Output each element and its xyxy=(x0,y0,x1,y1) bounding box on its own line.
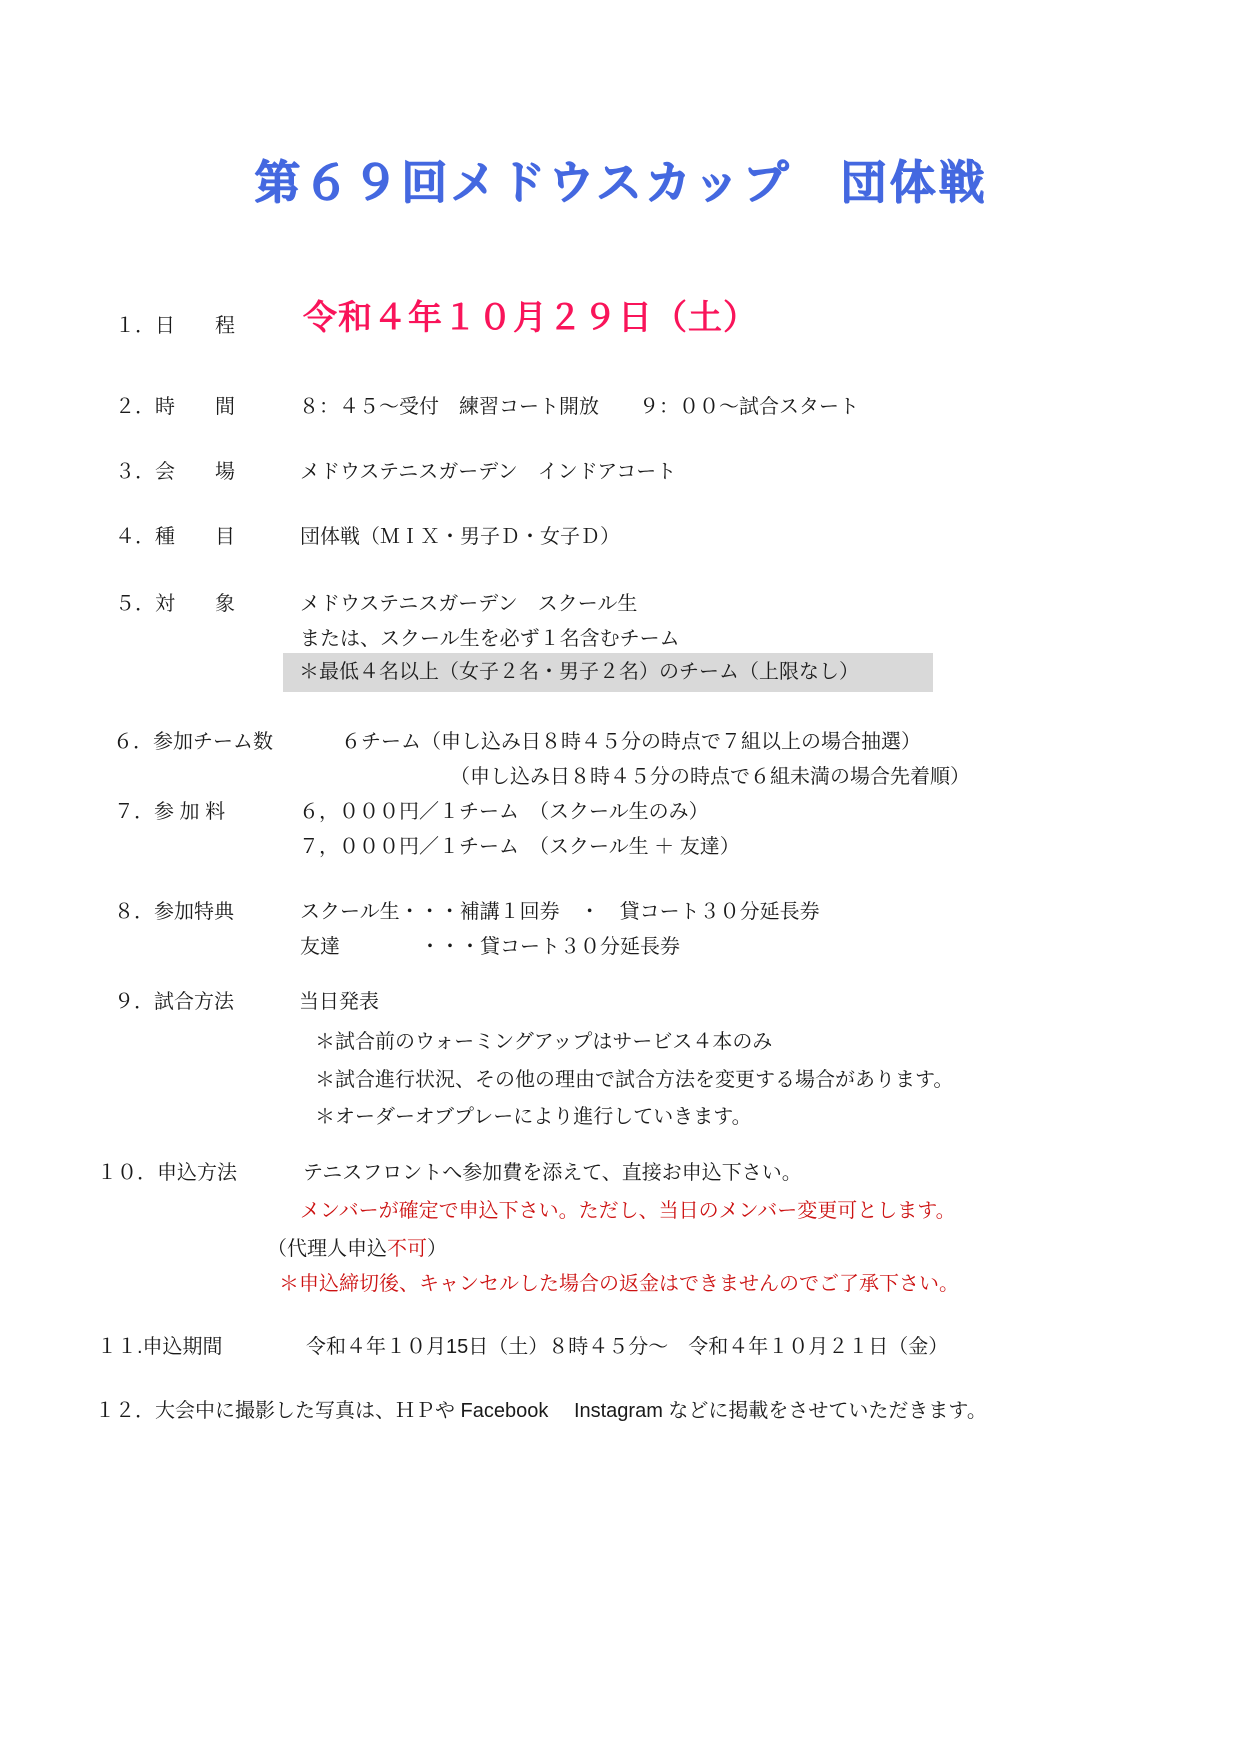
eligibility-line1: メドウステニスガーデン スクール生 xyxy=(300,591,637,617)
time-label: ２．時 間 xyxy=(115,394,235,420)
event-type-value: 団体戦（ＭＩＸ・男子Ｄ・女子Ｄ） xyxy=(300,524,620,550)
schedule-label: １．日 程 xyxy=(115,313,235,339)
match-format-label: ９．試合方法 xyxy=(114,989,234,1015)
application-warning1: メンバーが確定で申込下さい。ただし、当日のメンバー変更可とします。 xyxy=(300,1198,956,1224)
document-page: 第６９回メドウスカップ 団体戦 １．日 程 令和４年１０月２９日（土） ２．時 … xyxy=(0,0,1241,1755)
eligibility-highlight-note: ＊最低４名以上（女子２名・男子２名）のチーム（上限なし） xyxy=(283,653,933,692)
fee-label: ７．参 加 料 xyxy=(114,799,225,825)
period-label: １１.申込期間 xyxy=(97,1334,223,1360)
application-label: １０．申込方法 xyxy=(97,1160,237,1186)
match-format-note2: ＊試合進行状況、その他の理由で試合方法を変更する場合があります。 xyxy=(315,1067,953,1093)
application-warning2: ＊申込締切後、キャンセルした場合の返金はできませんのでご了承下さい。 xyxy=(279,1271,959,1297)
fee-line1: ６，０００円／１チーム （スクール生のみ） xyxy=(299,799,709,825)
venue-value: メドウステニスガーデン インドアコート xyxy=(300,459,676,485)
team-count-line1: ６チーム（申し込み日８時４５分の時点で７組以上の場合抽選） xyxy=(341,729,921,755)
schedule-date: 令和４年１０月２９日（土） xyxy=(303,296,758,340)
application-proxy-ng: 不可 xyxy=(387,1238,427,1260)
match-format-note1: ＊試合前のウォーミングアップはサービス４本のみ xyxy=(315,1029,772,1055)
application-proxy-pre: （代理人申込 xyxy=(267,1238,387,1260)
team-count-line2: （申し込み日８時４５分の時点で６組未満の場合先着順） xyxy=(450,764,970,790)
time-value: ８：４５～受付 練習コート開放 ９：００～試合スタート xyxy=(299,394,859,420)
period-value: 令和４年１０月15日（土）８時４５分～ 令和４年１０月２１日（金） xyxy=(306,1334,948,1360)
eligibility-label: ５．対 象 xyxy=(115,591,235,617)
photo-notice: １２．大会中に撮影した写真は、ＨＰや Facebook Instagram など… xyxy=(95,1398,987,1424)
application-line1: テニスフロントへ参加費を添えて、直接お申込下さい。 xyxy=(303,1160,802,1186)
fee-line2: ７，０００円／１チーム （スクール生 ＋ 友達） xyxy=(299,834,740,860)
benefits-label: ８．参加特典 xyxy=(114,899,234,925)
event-type-label: ４．種 目 xyxy=(115,524,235,550)
benefits-line2: 友達 ・・・貸コート３０分延長券 xyxy=(300,934,680,960)
match-format-note3: ＊オーダーオブプレーにより進行していきます。 xyxy=(315,1104,752,1130)
page-title: 第６９回メドウスカップ 団体戦 xyxy=(0,146,1241,212)
application-proxy-note: （代理人申込不可） xyxy=(267,1236,447,1262)
benefits-line1: スクール生・・・補講１回券 ・ 貸コート３０分延長券 xyxy=(300,899,820,925)
match-format-value: 当日発表 xyxy=(299,989,379,1015)
application-proxy-post: ） xyxy=(427,1238,447,1260)
eligibility-line2: または、スクール生を必ず１名含むチーム xyxy=(300,626,680,652)
venue-label: ３．会 場 xyxy=(115,459,235,485)
team-count-label: ６．参加チーム数 xyxy=(113,729,273,755)
